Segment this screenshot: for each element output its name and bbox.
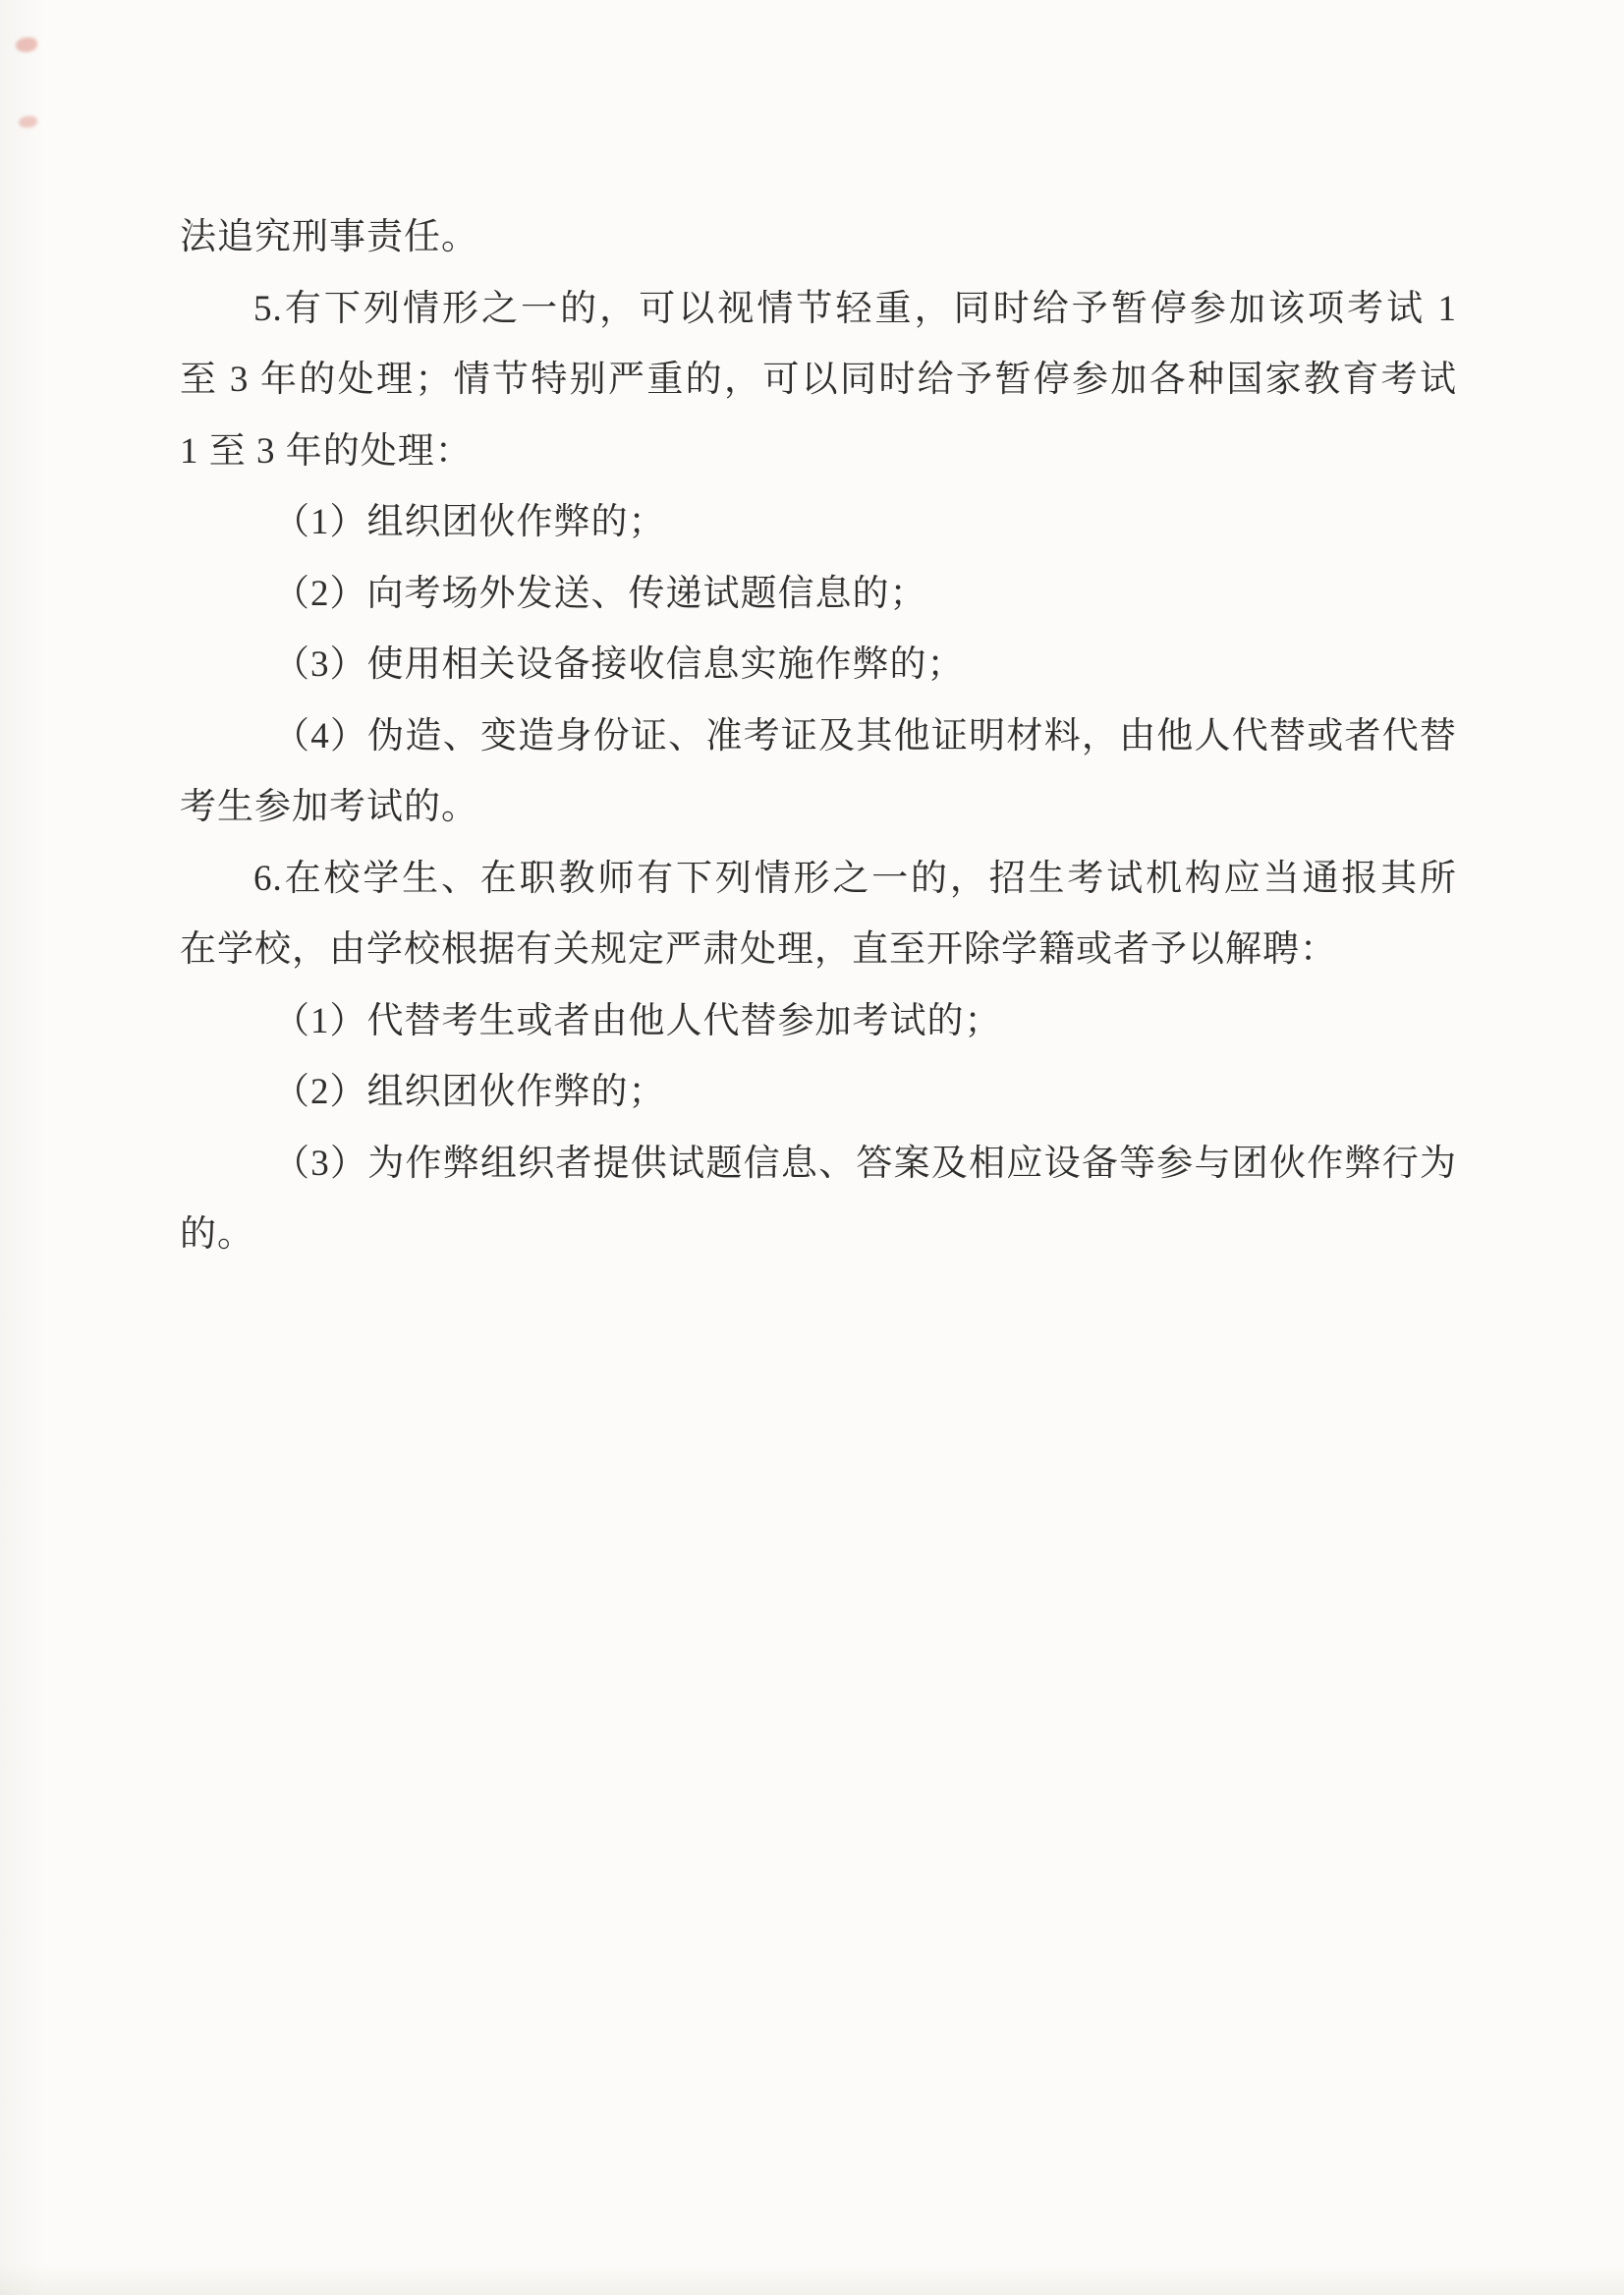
text-line: （3）为作弊组织者提供试题信息、答案及相应设备等参与团伙作弊行为 <box>180 1129 1457 1201</box>
scan-edge-shadow <box>0 2266 1624 2295</box>
scan-edge-shadow <box>0 0 45 2295</box>
text-line: （1）组织团伙作弊的； <box>180 487 1457 559</box>
text-line: （3）使用相关设备接收信息实施作弊的； <box>180 630 1457 701</box>
text-line: 5.有下列情形之一的，可以视情节轻重，同时给予暂停参加该项考试 1 <box>180 274 1457 346</box>
red-pen-mark <box>19 116 37 128</box>
text-line: （4）伪造、变造身份证、准考证及其他证明材料，由他人代替或者代替 <box>180 701 1457 773</box>
text-line: （1）代替考生或者由他人代替参加考试的； <box>180 986 1457 1058</box>
text-line: 考生参加考试的。 <box>180 772 1457 844</box>
text-line: 法追究刑事责任。 <box>180 202 1457 274</box>
text-line: （2）组织团伙作弊的； <box>180 1057 1457 1129</box>
document-body: 法追究刑事责任。 5.有下列情形之一的，可以视情节轻重，同时给予暂停参加该项考试… <box>180 202 1457 1271</box>
text-line: 6.在校学生、在职教师有下列情形之一的，招生考试机构应当通报其所 <box>180 844 1457 916</box>
red-pen-mark <box>16 37 37 52</box>
text-line: （2）向考场外发送、传递试题信息的； <box>180 559 1457 631</box>
text-line: 的。 <box>180 1200 1457 1271</box>
document-page: 法追究刑事责任。 5.有下列情形之一的，可以视情节轻重，同时给予暂停参加该项考试… <box>0 0 1624 2295</box>
text-line: 在学校，由学校根据有关规定严肃处理，直至开除学籍或者予以解聘： <box>180 915 1457 986</box>
text-line: 1 至 3 年的处理： <box>180 417 1457 488</box>
text-line: 至 3 年的处理；情节特别严重的，可以同时给予暂停参加各种国家教育考试 <box>180 345 1457 417</box>
